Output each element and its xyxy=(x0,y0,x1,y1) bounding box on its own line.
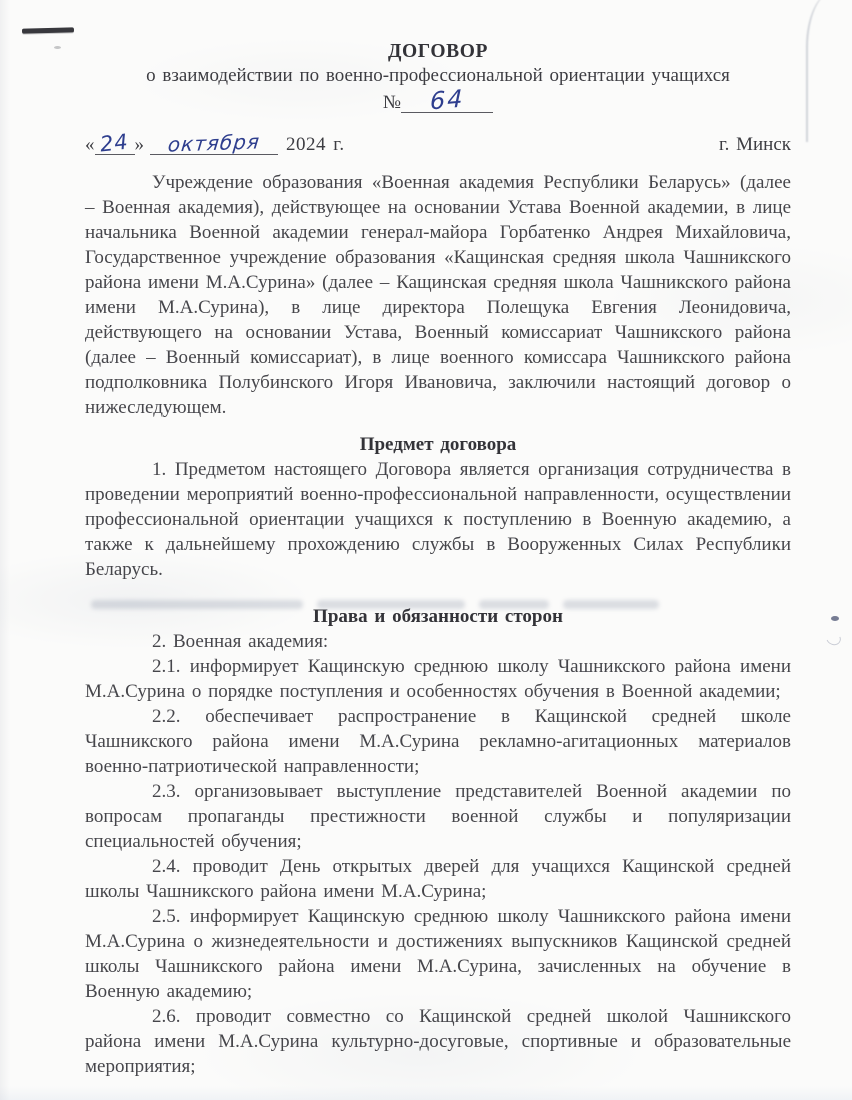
date-month-handwritten: октября xyxy=(167,131,261,154)
date-day-handwritten: 24 xyxy=(99,132,130,156)
city-label: г. Минск xyxy=(719,130,791,160)
clause-paragraph-1: 1. Предметом настоящего Договора являетс… xyxy=(85,457,791,582)
date-line: «24»октября2024 г. xyxy=(85,130,345,160)
preamble-paragraph: Учреждение образования «Военная академия… xyxy=(85,170,791,420)
contract-number-handwritten: 64 xyxy=(430,86,465,113)
bleedthrough-artifact xyxy=(85,588,791,604)
clause-paragraph-2-6: 2.6. проводит совместно со Кащинской сре… xyxy=(85,1004,791,1079)
scan-dot-artifact xyxy=(54,46,61,49)
date-year: 2024 г. xyxy=(286,134,345,155)
page-subtitle: о взаимодействии по военно-профессиональ… xyxy=(85,64,791,88)
quote-open: « xyxy=(85,134,95,155)
document-page: ДОГОВОР о взаимодействии по военно-профе… xyxy=(0,0,852,1100)
ink-speck-artifact xyxy=(831,616,839,621)
date-row: «24»октября2024 г. г. Минск xyxy=(85,130,791,160)
document-content: ДОГОВОР о взаимодействии по военно-профе… xyxy=(85,0,791,1079)
clause-paragraph-2-4: 2.4. проводит День открытых дверей для у… xyxy=(85,854,791,904)
date-month-underline: октября xyxy=(150,133,278,155)
ink-smudge-artifact xyxy=(824,629,843,647)
section-heading-subject: Предмет договора xyxy=(85,432,791,457)
contract-number-underline: 64 xyxy=(401,88,493,113)
date-day-underline: 24 xyxy=(95,133,135,155)
contract-number-line: №64 xyxy=(85,88,791,118)
contract-number-label: № xyxy=(383,92,401,113)
page-curl-artifact xyxy=(806,0,836,142)
clause-paragraph-2-5: 2.5. информирует Кащинскую среднюю школу… xyxy=(85,904,791,1004)
scan-dash-artifact xyxy=(22,27,74,33)
clause-paragraph-2: 2. Военная академия: xyxy=(85,629,791,654)
clause-paragraph-2-3: 2.3. организовывает выступление представ… xyxy=(85,779,791,854)
clause-paragraph-2-1: 2.1. информирует Кащинскую среднюю школу… xyxy=(85,654,791,704)
page-title: ДОГОВОР xyxy=(85,40,791,64)
quote-close: » xyxy=(135,134,145,155)
clause-paragraph-2-2: 2.2. обеспечивает распространение в Кащи… xyxy=(85,704,791,779)
